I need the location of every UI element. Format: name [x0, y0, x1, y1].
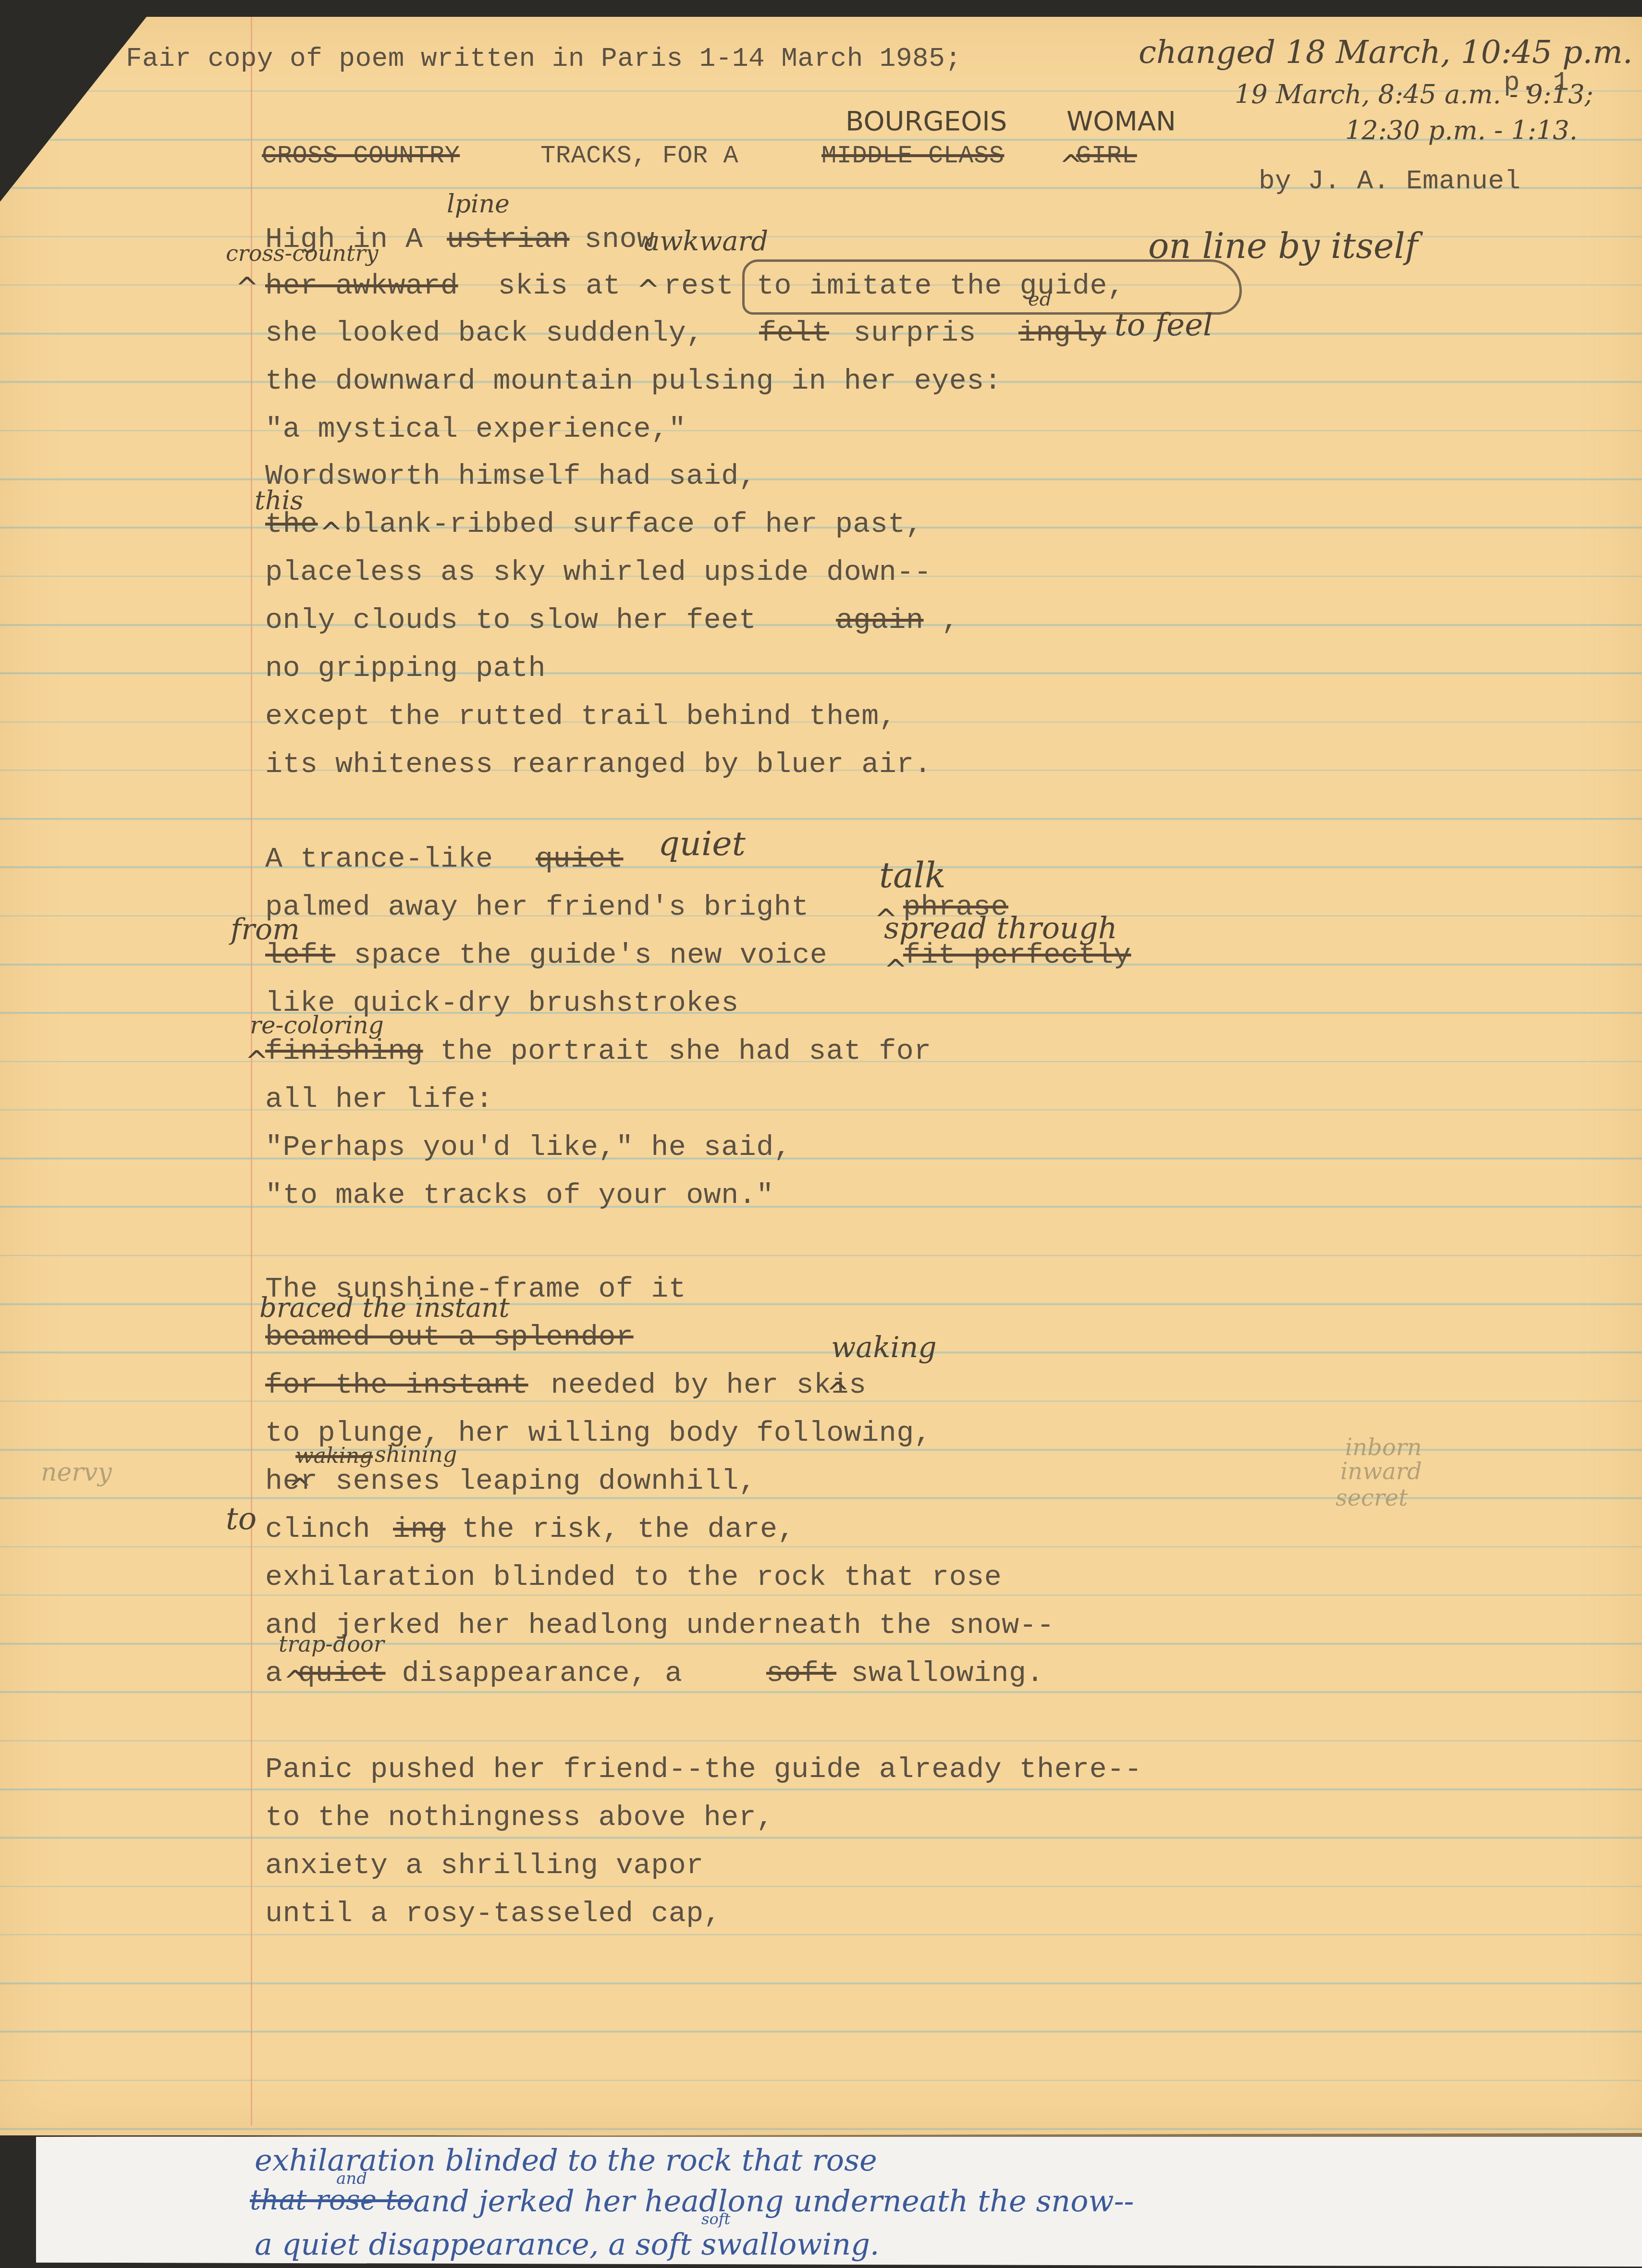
poem-line: "a mystical experience,": [265, 413, 686, 446]
handwritten-insert: ed: [1028, 288, 1052, 310]
title-struck-middle: MIDDLE-CLASS: [821, 142, 1004, 170]
header-typed-note: Fair copy of poem written in Paris 1-14 …: [126, 43, 961, 74]
slip-insert: and: [336, 2169, 367, 2188]
circled-phrase: to imitate the guide,: [757, 270, 1125, 303]
struck-word: finishing: [265, 1035, 423, 1068]
struck-word: felt: [759, 317, 829, 350]
poem-line: until a rosy-tasseled cap,: [265, 1898, 721, 1930]
poem-line: her senses leaping downhill,: [265, 1465, 756, 1498]
struck-word: left: [265, 939, 335, 972]
title-struck-prefix: CROSS-COUNTRY: [262, 142, 460, 170]
poem-line-tail: surpris: [836, 317, 976, 350]
header-date-line-1: changed 18 March, 10:45 p.m. - 2 a.m.;: [1139, 34, 1642, 71]
struck-word: the: [265, 508, 318, 541]
header-date-line-3: 12:30 p.m. - 1:13.: [1345, 115, 1578, 146]
title-insert-woman: WOMAN: [1066, 106, 1176, 137]
struck-word: ing: [393, 1513, 446, 1546]
struck-word: again: [836, 604, 924, 637]
handwritten-insert: awkward: [644, 226, 768, 257]
handwritten-insert: to: [226, 1501, 257, 1537]
slip-line: and jerked her headlong underneath the s…: [413, 2183, 1134, 2219]
insert-caret-icon: ^: [884, 954, 907, 986]
insert-caret-icon: ^: [826, 1376, 850, 1409]
handwritten-insert: lpine: [447, 190, 510, 219]
poem-line: skis at: [480, 270, 621, 303]
poem-line-tail: ,: [942, 604, 959, 637]
struck-word: soft: [766, 1657, 836, 1690]
insert-caret-icon: ^: [1059, 149, 1083, 182]
handwritten-insert: waking: [831, 1331, 937, 1364]
poem-line: exhilaration blinded to the rock that ro…: [265, 1561, 1002, 1594]
insert-caret-icon: ^: [283, 1665, 307, 1697]
struck-word: her awkward: [265, 270, 458, 303]
poem-line: the downward mountain pulsing in her eye…: [265, 365, 1002, 398]
title-struck-end: GIRL: [1076, 142, 1137, 170]
slip-struck-words: that rose to: [250, 2183, 413, 2216]
struck-word: quiet: [298, 1657, 386, 1690]
slip-insert: soft: [701, 2210, 730, 2228]
poem-line: except the rutted trail behind them,: [265, 700, 896, 733]
poem-line: clinch: [265, 1513, 370, 1546]
poem-line: the portrait she had sat for: [423, 1035, 931, 1068]
poem-line-tail: disappearance, a: [384, 1657, 700, 1690]
margin-note-left-pencil: nervy: [41, 1458, 112, 1487]
poem-line: placeless as sky whirled upside down--: [265, 556, 931, 589]
poem-line: she looked back suddenly,: [265, 317, 704, 350]
byline: by J. A. Emanuel: [1259, 166, 1521, 196]
struck-word: ingly: [1018, 317, 1106, 350]
poem-line: Panic pushed her friend--the guide alrea…: [265, 1753, 1142, 1786]
poem-line: all her life:: [265, 1083, 493, 1116]
handwritten-insert: quiet: [658, 824, 746, 863]
handwritten-insert: braced the instant: [259, 1292, 510, 1324]
handwritten-insert-struck: waking: [295, 1444, 373, 1468]
title-main: TRACKS, FOR A: [540, 142, 738, 170]
poem-line: "Perhaps you'd like," he said,: [265, 1131, 791, 1164]
margin-note-on-line-by-itself: on line by itself: [1148, 226, 1418, 266]
poem-line: to the nothingness above her,: [265, 1802, 774, 1834]
poem-line: Wordsworth himself had said,: [265, 460, 756, 493]
struck-word: beamed out a splendor: [265, 1321, 634, 1354]
poem-line: "to make tracks of your own.": [265, 1179, 774, 1212]
poem-line: palmed away her friend's bright: [265, 891, 826, 924]
struck-word: for the instant: [265, 1369, 528, 1402]
handwritten-insert: cross-country: [226, 240, 378, 266]
page-number: p. 1: [1504, 67, 1569, 98]
poem-line: A trance-like: [265, 843, 511, 876]
poem-line-tail: swallowing.: [833, 1657, 1044, 1690]
poem-line: anxiety a shrilling vapor: [265, 1850, 704, 1882]
handwritten-insert: shining: [375, 1441, 457, 1467]
insert-caret-icon: ^: [235, 271, 259, 304]
title-insert-bourgeois: BOURGEOIS: [846, 106, 1007, 137]
pencil-word: inborn: [1345, 1434, 1422, 1461]
poem-line-tail: rest: [646, 270, 734, 303]
pencil-word: secret: [1336, 1484, 1408, 1511]
handwritten-insert: trap-door: [279, 1631, 384, 1657]
poem-line: blank-ribbed surface of her past,: [327, 508, 923, 541]
slip-line: a quiet disappearance, a soft swallowing…: [255, 2227, 880, 2262]
struck-word: ustrian: [447, 223, 570, 256]
pencil-word: inward: [1340, 1458, 1422, 1485]
handwritten-insert: spread through: [884, 910, 1117, 945]
poem-line-tail: the risk, the dare,: [444, 1513, 795, 1546]
struck-word: quiet: [536, 843, 624, 876]
poem-line: its whiteness rearranged by bluer air.: [265, 748, 931, 781]
handwritten-insert: to feel: [1115, 307, 1213, 343]
poem-line: only clouds to slow her feet: [265, 604, 774, 637]
handwritten-insert: talk: [879, 855, 946, 895]
poem-line: space the guide's new voice: [336, 939, 845, 972]
poem-line: needed by her skis: [533, 1369, 867, 1402]
poem-line-tail: snow: [567, 223, 655, 256]
poem-line: no gripping path: [265, 652, 546, 685]
